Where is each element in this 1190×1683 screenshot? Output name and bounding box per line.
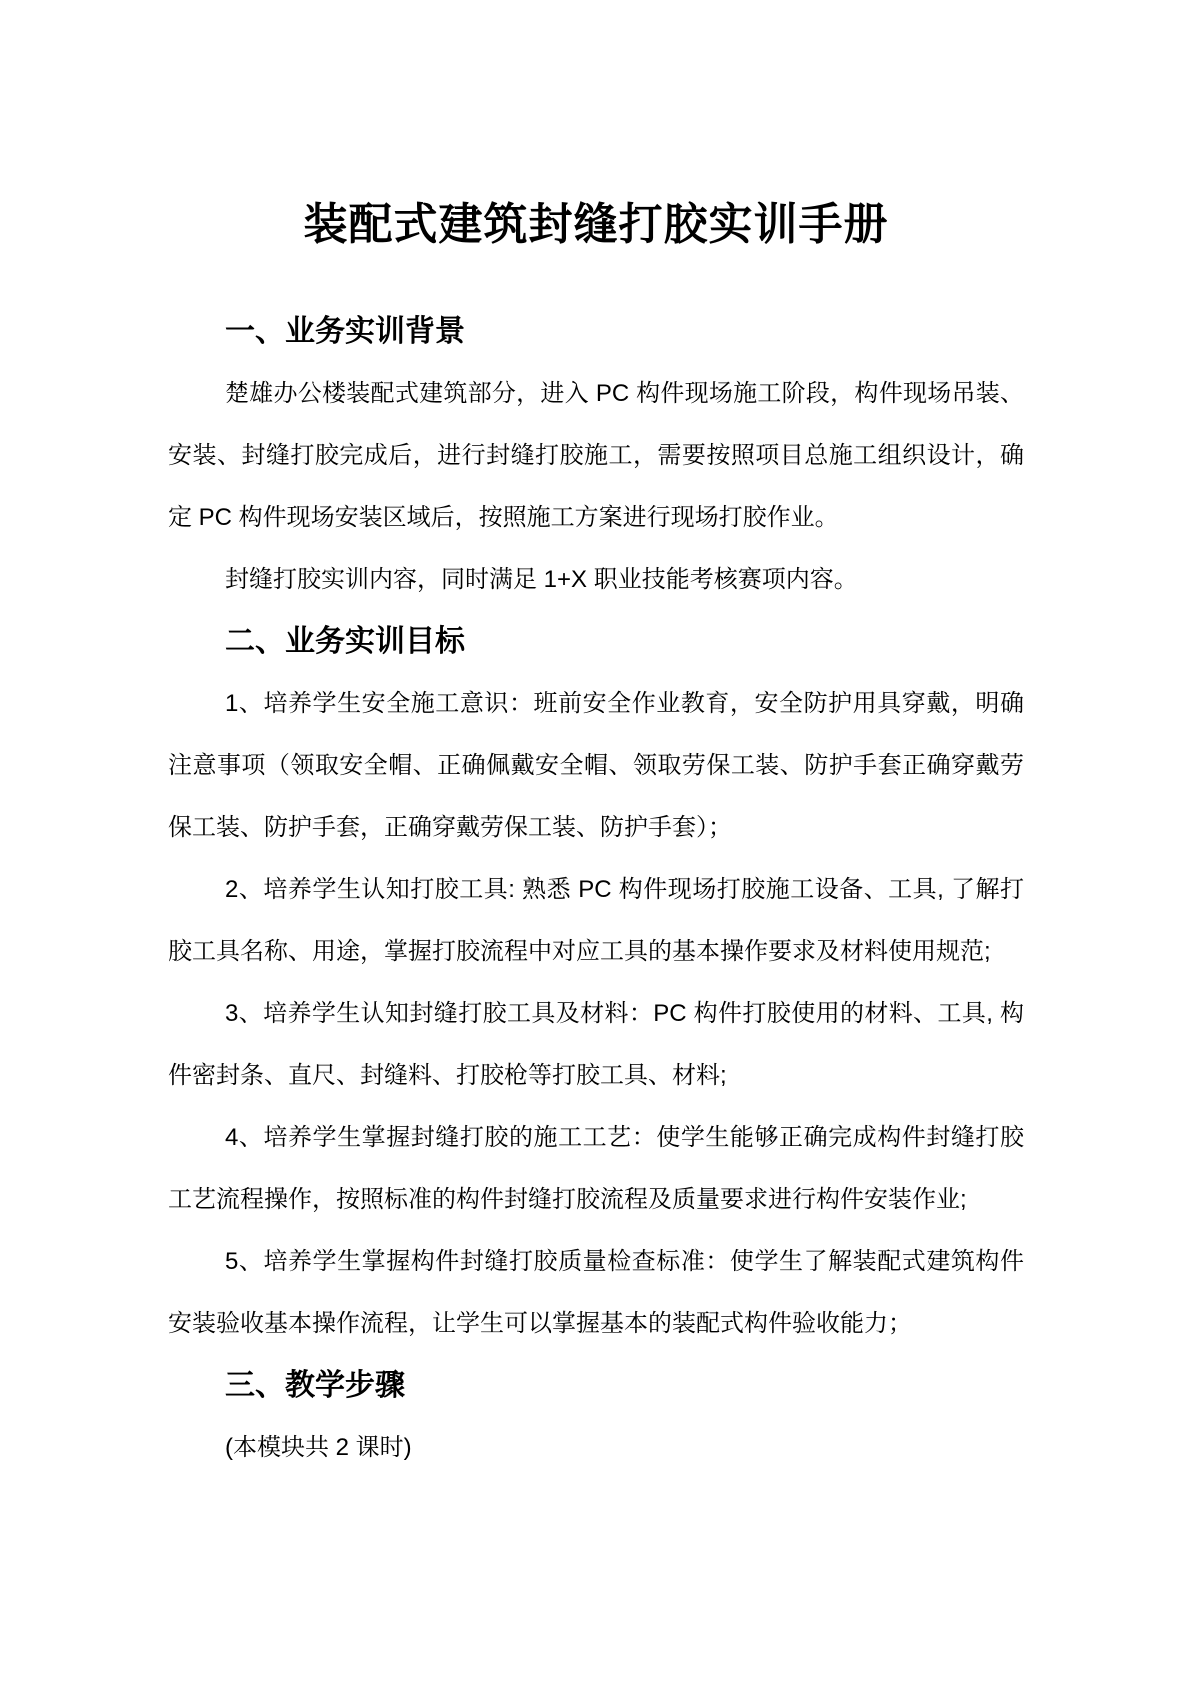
paragraph-background-2: 封缝打胶实训内容，同时满足 1+X 职业技能考核赛项内容。 — [168, 549, 1024, 611]
section-heading-background: 一、业务实训背景 — [168, 301, 1024, 363]
section-heading-goals: 二、业务实训目标 — [168, 611, 1024, 673]
document-page: 装配式建筑封缝打胶实训手册 一、业务实训背景 楚雄办公楼装配式建筑部分，进入 P… — [0, 0, 1190, 1683]
paragraph-goal-5: 5、培养学生掌握构件封缝打胶质量检查标准：使学生了解装配式建筑构件安装验收基本操… — [168, 1231, 1024, 1355]
document-title: 装配式建筑封缝打胶实训手册 — [168, 194, 1024, 256]
paragraph-goal-1: 1、培养学生安全施工意识：班前安全作业教育，安全防护用具穿戴，明确注意事项（领取… — [168, 673, 1024, 859]
document-body: 一、业务实训背景 楚雄办公楼装配式建筑部分，进入 PC 构件现场施工阶段，构件现… — [168, 301, 1024, 1479]
section-heading-teaching-steps: 三、教学步骤 — [168, 1355, 1024, 1417]
paragraph-background-1: 楚雄办公楼装配式建筑部分，进入 PC 构件现场施工阶段，构件现场吊装、安装、封缝… — [168, 363, 1024, 549]
paragraph-class-hours: (本模块共 2 课时) — [168, 1417, 1024, 1479]
paragraph-goal-3: 3、培养学生认知封缝打胶工具及材料：PC 构件打胶使用的材料、工具, 构件密封条… — [168, 983, 1024, 1107]
paragraph-goal-2: 2、培养学生认知打胶工具: 熟悉 PC 构件现场打胶施工设备、工具, 了解打胶工… — [168, 859, 1024, 983]
paragraph-goal-4: 4、培养学生掌握封缝打胶的施工工艺：使学生能够正确完成构件封缝打胶工艺流程操作，… — [168, 1107, 1024, 1231]
